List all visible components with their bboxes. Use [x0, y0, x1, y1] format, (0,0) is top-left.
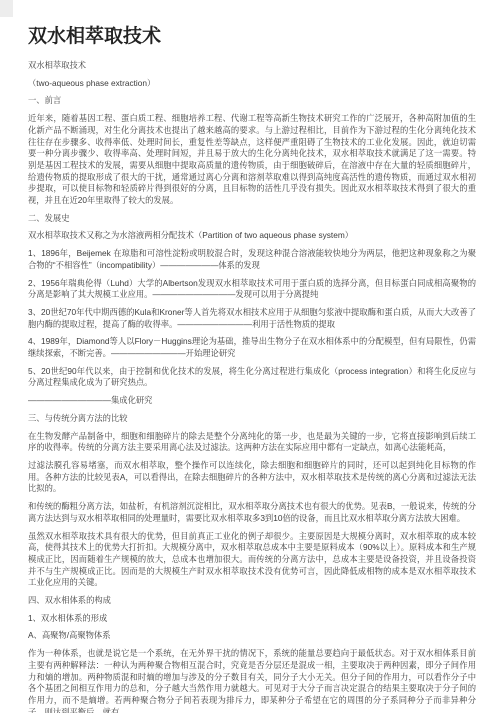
subsection-heading-formation: 1、双水相体系的形成	[28, 613, 476, 625]
section-heading-preface: 一、前言	[28, 95, 476, 107]
subsection-heading-polymer-system: A、高聚物/高聚物体系	[28, 630, 476, 642]
paragraph-history-intro: 双水相萃取技术又称之为水溶液两相分配技术（Partition of two aq…	[28, 230, 476, 242]
history-item-4: 4、1989年，Diamond等人以Flory－Huggins理论为基础，推导出…	[28, 336, 476, 359]
section-heading-composition: 四、双水相体系的构成	[28, 595, 476, 607]
doc-title: 双水相萃取技术	[28, 27, 476, 47]
history-item-3: 3、20世纪70年代中期西德的Kula和Kroner等人首先将双水相技术应用于从…	[28, 307, 476, 330]
paragraph-comparison-1: 在生物发酵产品制备中，细胞和细胞碎片的除去是整个分离纯化的第一步，也是最为关键的…	[28, 431, 476, 454]
doc-subtitle-english: （two-aqueous phase extraction）	[28, 78, 476, 90]
doc-subtitle: 双水相萃取技术	[28, 60, 476, 72]
paragraph-industrialization: 虽然双水相萃取技术具有很大的优势，但目前真正工业化的例子却很少。主要原因是大规模…	[28, 531, 476, 590]
paragraph-comparison-3: 和传统的酶粗分离方法，如盐析，有机溶剂沉淀相比，双水相萃取分离技术也有很大的优势…	[28, 501, 476, 524]
paragraph-preface: 近年来，随着基因工程、蛋白质工程、细胞培养工程、代谢工程等高新生物技术研究工作的…	[28, 113, 476, 207]
section-heading-comparison: 三、与传统分离方法的比较	[28, 413, 476, 425]
paragraph-comparison-2: 过滤法膜孔容易堵塞，而双水相萃取，整个操作可以连续化，除去细胞和细胞碎片的同时，…	[28, 460, 476, 495]
history-item-1: 1、1896年，Beijemek 在琼脂和可溶性淀粉或明胶混合时，发现这种混合溶…	[28, 248, 476, 271]
history-item-2: 2、1956年瑞典伦得（Luhd）大学的Albertson发现双水相萃取技术可用…	[28, 278, 476, 301]
history-item-5: 5、20世纪90年代以来，由于控制和优化技术的发展，将生化分离过程进行集成化（p…	[28, 366, 476, 389]
history-integration-note: ——————————集成化研究	[28, 395, 476, 407]
document-body: 双水相萃取技术 双水相萃取技术 （two-aqueous phase extra…	[0, 0, 504, 713]
paragraph-system-explanation: 作为一种体系，也就是说它是一个系统，在无外界干扰的情况下，系统的能量总要趋向于最…	[28, 648, 476, 713]
section-heading-history: 二、发展史	[28, 213, 476, 225]
